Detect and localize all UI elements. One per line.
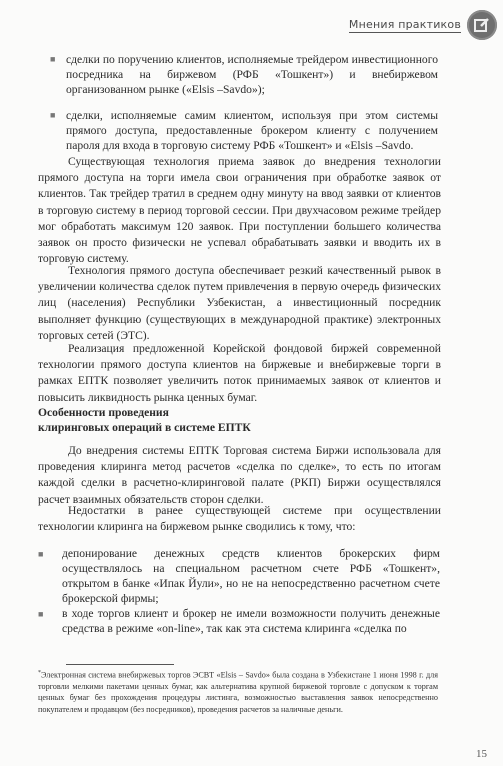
bullet-item: сделки, исполняемые самим клиентом, испо… bbox=[66, 108, 438, 153]
paragraph: Недостатки в ранее существующей системе … bbox=[38, 503, 441, 535]
page-number: 15 bbox=[476, 748, 487, 760]
bullet-marker: ■ bbox=[38, 549, 43, 559]
paragraph: Существующая технология приема заявок до… bbox=[38, 154, 441, 267]
section-heading: Особенности проведения клиринговых опера… bbox=[38, 405, 438, 435]
footnote-divider bbox=[66, 664, 174, 665]
paragraph: Реализация предложенной Корейской фондов… bbox=[38, 341, 441, 406]
section-heading-line2: клиринговых операций в системе ЕПТК bbox=[38, 420, 438, 435]
bullet-marker: ■ bbox=[38, 609, 43, 619]
bullet-marker: ■ bbox=[50, 54, 55, 64]
bullet-item: депонирование денежных средств клиентов … bbox=[62, 546, 440, 606]
footnote: *Электронная система внебиржевых торгов … bbox=[38, 668, 438, 715]
bullet-item: в ходе торгов клиент и брокер не имели в… bbox=[62, 606, 440, 636]
paragraph: До внедрения системы ЕПТК Торговая систе… bbox=[38, 443, 441, 508]
section-header-title: Мнения практиков bbox=[349, 18, 461, 33]
footnote-text: Электронная система внебиржевых торгов Э… bbox=[38, 671, 438, 714]
bullet-item: сделки по поручению клиентов, исполняемы… bbox=[66, 52, 438, 97]
bullet-marker: ■ bbox=[50, 110, 55, 120]
paragraph: Технология прямого доступа обеспечивает … bbox=[38, 263, 441, 344]
section-heading-line1: Особенности проведения bbox=[38, 405, 438, 420]
edit-note-icon bbox=[467, 10, 497, 40]
page-header: Мнения практиков bbox=[349, 10, 497, 40]
